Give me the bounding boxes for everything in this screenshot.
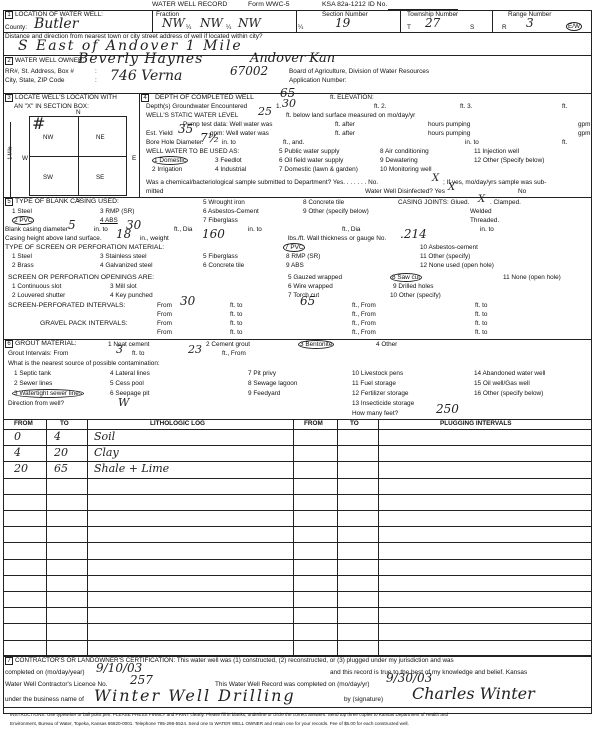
screen-11[interactable]: 11 Other (specify) xyxy=(420,253,470,260)
contam-15[interactable]: 15 Oil well/Gas well xyxy=(474,380,530,387)
opening-5[interactable]: 5 Gauzed wrapped xyxy=(288,274,342,281)
range-prefix: R xyxy=(502,24,507,31)
certification-line1: 7CONTRACTOR'S OR LANDOWNER'S CERTIFICATI… xyxy=(5,657,454,665)
use-2[interactable]: 2 Irrigation xyxy=(152,166,182,173)
static-level-label: WELL'S STATIC WATER LEVEL xyxy=(146,112,238,119)
fraction-3[interactable]: NW xyxy=(238,16,261,30)
ft-to: ft. to xyxy=(475,320,487,327)
log-desc[interactable]: Clay xyxy=(94,446,119,459)
county-value[interactable]: Butler xyxy=(34,16,78,32)
pump-test-label: Pump test data: Well water was xyxy=(183,121,272,128)
disinfected-yes-mark[interactable]: X xyxy=(448,182,455,193)
fraction-1[interactable]: NW xyxy=(162,16,185,30)
use-7[interactable]: 7 Domestic (lawn & garden) xyxy=(279,166,358,173)
log-from[interactable]: 4 xyxy=(14,446,21,459)
grout-from-value[interactable]: 3 xyxy=(116,343,123,356)
use-3[interactable]: 3 Feedlot xyxy=(215,157,242,164)
gpm: gpm xyxy=(578,121,590,128)
application-number-label: Application Number: xyxy=(289,77,347,84)
address-label: RR#, St. Address, Box # xyxy=(5,68,74,75)
owner-zip[interactable]: 67002 xyxy=(230,64,268,78)
casing-3[interactable]: 3 RMP (SR) xyxy=(100,208,134,215)
casing-type-label: 5TYPE OF BLANK CASING USED: xyxy=(5,198,119,206)
business-name-label: under the business name of xyxy=(5,696,84,703)
east-label: E xyxy=(132,155,136,162)
casing-height-label: Casing height above land surface. xyxy=(5,235,102,242)
contam-12[interactable]: 12 Fertilizer storage xyxy=(352,390,408,397)
wall-thickness-value[interactable]: .214 xyxy=(400,227,427,241)
quarter-mark: ¼ xyxy=(186,24,191,31)
use-5[interactable]: 5 Public water supply xyxy=(279,148,339,155)
contam-1[interactable]: 1 Septic tank xyxy=(14,370,51,377)
screen-intervals-label: SCREEN-PERFORATED INTERVALS: xyxy=(8,302,125,309)
opening-2[interactable]: 2 Louvered shutter xyxy=(12,292,65,299)
log-header-from: FROM xyxy=(14,420,33,427)
opening-6[interactable]: 6 Wire wrapped xyxy=(288,283,333,290)
sample-question: Was a chemical/bacteriological sample su… xyxy=(146,179,378,186)
fraction-2[interactable]: NW xyxy=(200,16,223,30)
screen-12[interactable]: 12 None used (open hole) xyxy=(420,262,494,269)
section4-number: 4 xyxy=(141,94,151,102)
log-row-divider xyxy=(3,478,592,479)
disinfected-label: Water Well Disinfected? Yes xyxy=(365,188,445,195)
log-row-divider xyxy=(3,591,592,592)
blank-diameter-label: Blank casing diameter xyxy=(5,226,68,233)
disinfected-no[interactable]: No xyxy=(518,188,526,195)
township-value[interactable]: 27 xyxy=(425,16,440,30)
casing-height-value[interactable]: 18 xyxy=(116,227,131,241)
static-tail: ft. below land surface measured on mo/da… xyxy=(286,112,415,119)
north-label: N xyxy=(76,109,81,116)
log-row-divider xyxy=(3,575,592,576)
ft-from: ft., From xyxy=(352,320,376,327)
ft-from: ft., From xyxy=(222,350,246,357)
ft-to: ft. to xyxy=(230,320,242,327)
ft: ft. xyxy=(562,139,567,146)
glued-mark[interactable]: X xyxy=(478,194,485,205)
use-4[interactable]: 4 Industrial xyxy=(215,166,246,173)
use-9[interactable]: 9 Dewatering xyxy=(380,157,418,164)
opening-10[interactable]: 10 Other (specify) xyxy=(390,292,441,299)
ft-to: ft. to xyxy=(230,302,242,309)
gravel-pack-label: GRAVEL PACK INTERVALS: xyxy=(40,320,128,327)
in-to: in. to xyxy=(480,226,494,233)
casing-joints-label: CASING JOINTS: Glued. xyxy=(398,199,469,206)
grout-4[interactable]: 4 Other xyxy=(376,341,397,348)
gw-ft3: ft. 3. xyxy=(460,103,472,110)
use-11[interactable]: 11 Injection well xyxy=(474,148,519,155)
screen-8[interactable]: 8 RMP (SR) xyxy=(286,253,320,260)
ft-to: ft. to xyxy=(132,350,144,357)
contam-7[interactable]: 7 Pit privy xyxy=(248,370,276,377)
west-label: W xyxy=(22,155,28,162)
contam-3[interactable]: 3 Watertight sewer lines xyxy=(12,390,84,397)
screen-material-label: TYPE OF SCREEN OR PERFORATION MATERIAL: xyxy=(5,244,164,251)
screen-5[interactable]: 5 Fiberglass xyxy=(203,253,238,260)
section2-label: 2WATER WELL OWNER: xyxy=(5,57,84,65)
screen-3[interactable]: 3 Stainless steel xyxy=(100,253,147,260)
license-value[interactable]: 257 xyxy=(130,673,153,687)
groundwater-1[interactable]: 30 xyxy=(282,97,296,110)
casing-7[interactable]: 7 Fiberglass xyxy=(203,217,238,224)
groundwater-label: Depth(s) Groundwater Encountered xyxy=(146,103,247,110)
county-label: County: xyxy=(5,24,27,31)
log-to[interactable]: 20 xyxy=(54,446,68,459)
contam-5[interactable]: 5 Cess pool xyxy=(110,380,144,387)
contam-6[interactable]: 6 Seepage pit xyxy=(110,390,149,397)
log-row-divider xyxy=(3,640,592,641)
grout-material-label: 6GROUT MATERIAL: xyxy=(5,340,77,348)
mile-arrow xyxy=(10,122,11,198)
log-row-divider xyxy=(3,607,592,608)
opening-9[interactable]: 9 Drilled holes xyxy=(393,283,434,290)
contam-4[interactable]: 4 Lateral lines xyxy=(110,370,150,377)
screen-7[interactable]: 7 PVC xyxy=(283,244,305,251)
contam-10[interactable]: 10 Livestock pens xyxy=(352,370,403,377)
threaded-option[interactable]: Threaded. xyxy=(470,217,499,224)
gw-ft2: ft. 2. xyxy=(374,103,386,110)
casing-2[interactable]: 2 PVC xyxy=(12,217,34,224)
contam-9[interactable]: 9 Feedyard xyxy=(248,390,280,397)
hours-pumping: hours pumping xyxy=(428,121,470,128)
from-label: From xyxy=(157,302,172,309)
in-to: in. to xyxy=(94,226,108,233)
license-label: Water Well Contractor's Licence No. xyxy=(5,681,107,688)
bore-label: Bore Hole Diameter. xyxy=(146,139,204,146)
grout-intervals-label: Grout Intervals: From xyxy=(8,350,68,357)
owner-name[interactable]: Beverly Haynes xyxy=(78,51,203,67)
screen-1[interactable]: 1 Steel xyxy=(12,253,32,260)
feet-value[interactable]: 250 xyxy=(436,402,459,416)
section3-label: 3LOCATE WELL'S LOCATION WITH xyxy=(5,94,117,102)
use-1[interactable]: 1 Domestic xyxy=(152,157,188,164)
log-row-divider xyxy=(3,461,592,462)
business-name-value[interactable]: Winter Well Drilling xyxy=(94,686,296,705)
signature-label: by (signature) xyxy=(344,696,383,703)
log-desc[interactable]: Soil xyxy=(94,430,115,443)
contamination-label: What is the nearest source of possible c… xyxy=(8,360,160,367)
log-row-divider xyxy=(3,526,592,527)
contam-14[interactable]: 14 Abandoned water well xyxy=(474,370,545,377)
opening-3[interactable]: 3 Mill slot xyxy=(110,283,137,290)
bore-value[interactable]: 7½ xyxy=(200,131,219,145)
location-mark: # xyxy=(32,114,45,133)
from-label: From xyxy=(157,320,172,327)
screen-to-value[interactable]: 65 xyxy=(300,294,315,308)
yield-value[interactable]: 35 xyxy=(178,122,193,136)
contam-8[interactable]: 8 Sewage lagoon xyxy=(248,380,297,387)
log-header-lithologic: LITHOLOGIC LOG xyxy=(150,420,205,427)
in-to: in. to xyxy=(248,226,262,233)
plug-header-to: TO xyxy=(350,420,359,427)
city-label: City, State, ZIP Code xyxy=(5,77,64,84)
ft-from: ft., From xyxy=(352,329,376,336)
in-to: in. to xyxy=(222,139,236,146)
log-to[interactable]: 4 xyxy=(54,430,61,443)
ft-dia: ft., Dia xyxy=(174,226,192,233)
casing-8[interactable]: 8 Concrete tile xyxy=(303,199,344,206)
ft-to: ft. to xyxy=(475,302,487,309)
ft-to: ft. to xyxy=(475,329,487,336)
record-completed-value[interactable]: 9/30/03 xyxy=(386,671,432,685)
opening-8[interactable]: 8 Saw cut xyxy=(390,274,422,281)
contam-2[interactable]: 2 Sewer lines xyxy=(14,380,52,387)
plug-header-from: FROM xyxy=(304,420,323,427)
range-direction[interactable]: E/W xyxy=(566,23,582,30)
static-level-value[interactable]: 25 xyxy=(258,105,272,118)
completed-on-label: completed on (mo/day/year) xyxy=(5,669,85,676)
hours-pumping: hours pumping xyxy=(428,130,470,137)
direction-value[interactable]: W xyxy=(118,396,129,409)
log-from[interactable]: 0 xyxy=(14,430,21,443)
quadrant-se[interactable]: SE xyxy=(96,174,104,181)
casing-6[interactable]: 6 Asbestos-Cement xyxy=(203,208,259,215)
use-10[interactable]: 10 Monitoring well xyxy=(380,166,432,173)
log-desc[interactable]: Shale + Lime xyxy=(94,462,169,475)
screen-4[interactable]: 4 Galvanized steel xyxy=(100,262,153,269)
depth-label: DEPTH OF COMPLETED WELL xyxy=(155,94,254,101)
quarter-mark: ¼ xyxy=(226,24,231,31)
form-title: WATER WELL RECORD xyxy=(152,1,227,8)
log-row-divider xyxy=(3,623,592,624)
ft-dia: ft., Dia xyxy=(342,226,360,233)
ft-to: ft. to xyxy=(475,311,487,318)
log-row-divider xyxy=(3,510,592,511)
quarter-mark: ¼ xyxy=(298,24,303,31)
gpm: gpm xyxy=(578,130,590,137)
grout-3[interactable]: 3 Bentonite xyxy=(298,341,334,348)
use-12[interactable]: 12 Other (Specify below) xyxy=(474,157,544,164)
openings-label: SCREEN OR PERFORATION OPENINGS ARE: xyxy=(8,274,154,281)
contam-13[interactable]: 13 Insecticide storage xyxy=(352,400,414,407)
wall-thickness-label: lbs./ft. Wall thickness or gauge No. xyxy=(288,235,386,242)
log-header-to: TO xyxy=(60,420,69,427)
weight-label: in., weight xyxy=(140,235,169,242)
ft-to: ft. to xyxy=(230,311,242,318)
from-label: From xyxy=(157,311,172,318)
sample-no-mark[interactable]: X xyxy=(432,173,439,184)
log-row-divider xyxy=(3,445,592,446)
ft-from: ft., From xyxy=(352,302,376,309)
township-suffix: S xyxy=(470,24,474,31)
screen-2[interactable]: 2 Brass xyxy=(12,262,34,269)
ft-from: ft., From xyxy=(352,311,376,318)
section-number-value[interactable]: 19 xyxy=(335,16,350,30)
quadrant-ne[interactable]: NE xyxy=(96,134,105,141)
use-6[interactable]: 6 Oil field water supply xyxy=(279,157,343,164)
grout-2[interactable]: 2 Cement grout xyxy=(206,341,250,348)
opening-4[interactable]: 4 Key punched xyxy=(110,292,153,299)
casing-1[interactable]: 1 Steel xyxy=(12,208,32,215)
in-to: in. to xyxy=(465,139,479,146)
ft-after: ft. after xyxy=(335,130,355,137)
board-label: Board of Agriculture, Division of Water … xyxy=(289,68,429,75)
contam-11[interactable]: 11 Fuel storage xyxy=(352,380,396,387)
clamped-option[interactable]: . Clamped. xyxy=(490,199,521,206)
grout-to-value[interactable]: 23 xyxy=(188,343,202,356)
casing-9[interactable]: 9 Other (specify below) xyxy=(303,208,369,215)
use-label: WELL WATER TO BE USED AS: xyxy=(146,148,239,155)
quadrant-sw[interactable]: SW xyxy=(43,174,53,181)
form-number: Form WWC-5 xyxy=(248,1,290,8)
range-value[interactable]: 3 xyxy=(526,16,534,30)
opening-11[interactable]: 11 None (open hole) xyxy=(503,274,561,281)
casing-5[interactable]: 5 Wrought iron xyxy=(203,199,245,206)
log-row-divider xyxy=(3,542,592,543)
ksa-ref: KSA 82a-1212 xyxy=(322,1,366,8)
ft-and: ft., and. xyxy=(283,139,304,146)
instructions-line2: Environment, Bureau of Water, Topeka, Ka… xyxy=(10,721,409,726)
instructions-line1: INSTRUCTIONS: Use typewriter or ball poi… xyxy=(10,712,448,717)
how-many-feet-label: How many feet? xyxy=(352,410,398,417)
log-to[interactable]: 65 xyxy=(54,462,68,475)
screen-from-value[interactable]: 30 xyxy=(180,294,195,308)
log-from[interactable]: 20 xyxy=(14,462,28,475)
from-label: From xyxy=(157,329,172,336)
sample-tail: ; If yes, mo/day/yrs sample was sub- xyxy=(443,179,546,186)
grout-1[interactable]: 1 Neat cement xyxy=(108,341,150,348)
screen-6[interactable]: 6 Concrete tile xyxy=(203,262,244,269)
screen-10[interactable]: 10 Asbestos-cement xyxy=(420,244,478,251)
log-row-divider xyxy=(3,494,592,495)
use-8[interactable]: 8 Air conditioning xyxy=(380,148,429,155)
owner-street[interactable]: 746 Verna xyxy=(110,68,182,84)
screen-9[interactable]: 9 ABS xyxy=(286,262,304,269)
welded-option[interactable]: Welded xyxy=(470,208,492,215)
gw-ft: ft. xyxy=(562,103,567,110)
direction-label: Direction from well? xyxy=(8,400,64,407)
township-prefix: T xyxy=(407,24,411,31)
plug-header-intervals: PLUGGING INTERVALS xyxy=(440,420,512,427)
casing-4[interactable]: 4 ABS xyxy=(100,217,118,224)
ft-after: ft. after xyxy=(335,121,355,128)
mitted-label: mitted xyxy=(146,188,163,195)
contam-16[interactable]: 16 Other (specify below) xyxy=(474,390,543,397)
id-label: ID No. xyxy=(368,1,387,8)
signature-value[interactable]: Charles Winter xyxy=(412,684,535,703)
ft-to: ft. to xyxy=(230,329,242,336)
blank-diameter-value[interactable]: 5 xyxy=(68,218,76,232)
opening-1[interactable]: 1 Continuous slot xyxy=(12,283,61,290)
yield-label: Est. Yield xyxy=(146,130,173,137)
log-row-divider xyxy=(3,559,592,560)
weight-value[interactable]: 160 xyxy=(202,227,225,241)
elevation-label: ft. ELEVATION: xyxy=(330,94,374,101)
quadrant-nw[interactable]: NW xyxy=(43,134,53,141)
